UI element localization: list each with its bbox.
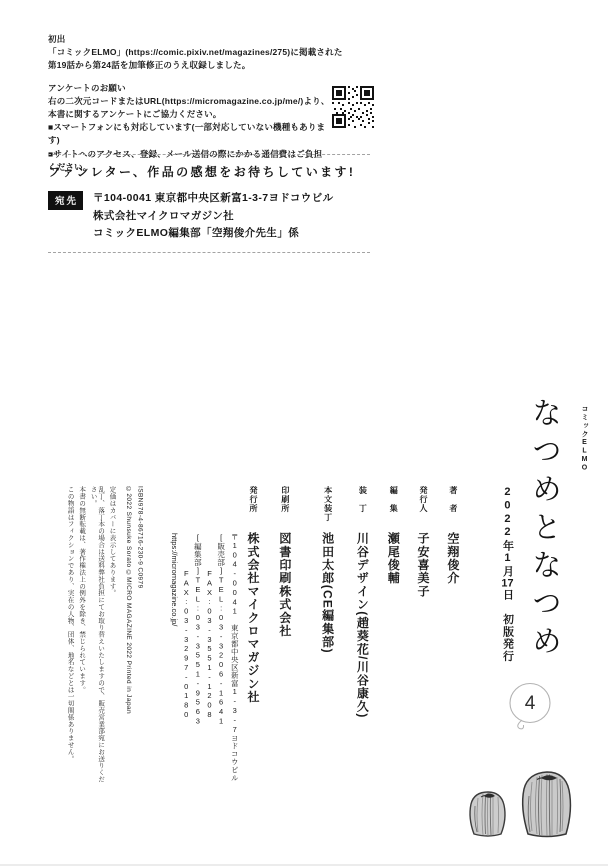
- credit-editor-name: 瀬尾俊輔: [386, 532, 400, 585]
- credit-author-name: 空翔俊介: [446, 532, 460, 585]
- date-suffix: 日: [501, 589, 513, 601]
- date-day: 17: [501, 578, 513, 589]
- first-publication-line1: 「コミックELMO」(https://comic.pixiv.net/magaz…: [48, 46, 374, 59]
- credit-publisher-company: 発行所株式会社マイクロマガジン社: [245, 385, 259, 789]
- credit-publisher-company-label: 発行所: [249, 486, 258, 532]
- edit-tel: [編集部]TEL:03-3551-9563: [193, 385, 202, 789]
- fan-letter-address3: コミックELMO編集部「空翔俊介先生」係: [93, 225, 333, 243]
- volume-number: 4: [508, 684, 552, 724]
- publisher-postal-address: 〒104-0041 東京都中央区新富1-3-7ヨドコウビル: [230, 385, 239, 789]
- credit-text-design-name: 池田太郎(CE編集部): [321, 532, 335, 654]
- top-notes: 初出 「コミックELMO」(https://comic.pixiv.net/ma…: [48, 33, 374, 174]
- credit-editor-label: 編 集: [389, 486, 398, 532]
- fan-letter-heading: ファンレター、作品の感想をお待ちしています!: [48, 163, 378, 180]
- sales-fax: FAX:03-3551-1208: [204, 385, 213, 789]
- series-label: コミックELMO: [580, 385, 588, 789]
- credit-publisher-person-label: 発行人: [419, 486, 428, 532]
- colophon-page: 初出 「コミックELMO」(https://comic.pixiv.net/ma…: [0, 0, 608, 866]
- survey-line2: 本書に関するアンケートにご協力ください。: [48, 108, 330, 121]
- credit-cover-design-name: 川谷デザイン(趙葵花/川谷康久): [355, 532, 369, 719]
- dashed-divider-bottom: [48, 252, 370, 253]
- edit-fax: FAX:03-3297-0180: [181, 385, 190, 789]
- date-prefix: 2022年1月: [501, 486, 513, 578]
- legal-note-fiction: この物語はフィクションであり、実在の人物、団体、地名などとは一切関係ありません。: [66, 385, 73, 789]
- credit-publisher-person: 発行人子安喜美子: [415, 385, 429, 789]
- credit-text-design: 本文装丁池田太郎(CE編集部): [320, 385, 334, 789]
- legal-note-reproduction: 本書の無断転載は、著作権法上の例外を除き、禁じられています。: [78, 385, 85, 789]
- publisher-url: https://micromagazine.co.jp/: [169, 385, 178, 789]
- sales-tel: [販売部]TEL:03-3206-1641: [216, 385, 225, 789]
- first-publication-heading: 初出: [48, 33, 374, 46]
- credit-publisher-company-name: 株式会社マイクロマガジン社: [246, 532, 260, 704]
- isbn: ISBN978-4-86716-230-9 C0979: [136, 385, 143, 789]
- credit-printer-name: 図書印刷株式会社: [278, 532, 292, 638]
- edition-label: 初版発行: [501, 613, 513, 663]
- credit-printer-label: 印刷所: [281, 486, 290, 532]
- credit-author: 著 者空翔俊介: [445, 385, 459, 789]
- legal-note-price: 定価はカバーに表示してあります。: [108, 385, 115, 789]
- fan-letter-address1: 〒104-0041 東京都中央区新富1-3-7ヨドコウビル: [93, 190, 333, 208]
- first-publication-line2: 第19話から第24話を加筆修正のうえ収録しました。: [48, 59, 374, 72]
- natsume-fruits-illustration: [440, 736, 590, 842]
- copyright-line: ©2022 Shunsuke Sorato ©MICRO MAGAZINE 20…: [125, 385, 132, 789]
- fan-letter-address2: 株式会社マイクロマガジン社: [93, 208, 333, 226]
- credit-editor: 編 集瀬尾俊輔: [385, 385, 399, 789]
- survey-heading: アンケートのお願い: [48, 82, 330, 95]
- credit-text-design-label: 本文装丁: [323, 486, 332, 532]
- survey-line1: 右の二次元コードまたはURL(https://micromagazine.co.…: [48, 95, 330, 108]
- colophon-block: コミックELMO なつめとなつめ 2022年1月17日初版発行 著 者空翔俊介 …: [40, 385, 588, 789]
- credit-author-label: 著 者: [449, 486, 458, 532]
- recipient-badge: 宛先: [48, 191, 83, 210]
- fan-letter-section: ファンレター、作品の感想をお待ちしています! 宛先 〒104-0041 東京都中…: [48, 163, 378, 243]
- legal-note-defects: 乱丁、落丁本の場合は送料弊社負担にてお取り替えいたしますので、販売営業部宛にお送…: [89, 385, 104, 789]
- credit-printer: 印刷所図書印刷株式会社: [277, 385, 291, 789]
- survey-note: アンケートのお願い 右の二次元コードまたはURL(https://microma…: [48, 82, 374, 174]
- qr-code-icon: [332, 84, 374, 130]
- survey-line3: ■スマートフォンにも対応しています(一部対応していない機種もあります): [48, 121, 330, 147]
- volume-badge: 4: [508, 681, 554, 731]
- credit-publisher-person-name: 子安喜美子: [416, 532, 430, 598]
- credit-cover-design: 装 丁川谷デザイン(趙葵花/川谷康久): [355, 385, 369, 789]
- credit-cover-design-label: 装 丁: [358, 486, 367, 532]
- dashed-divider-top: [48, 154, 370, 155]
